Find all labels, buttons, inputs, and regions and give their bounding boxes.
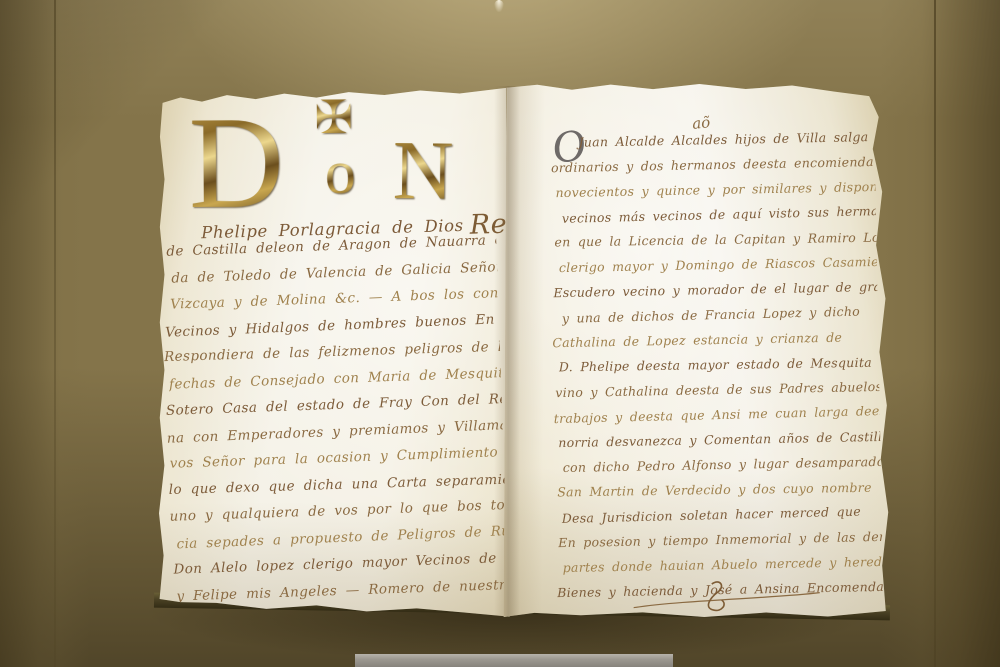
right-page-text-block: Juan Alcalde Alcaldes hijos de Villa sal… [548,129,883,610]
alcove-corner-right [934,0,936,667]
illuminated-letter-o: o [325,142,356,204]
spotlight-glow [494,0,504,12]
flourish-mark: aõ [691,113,711,133]
manuscript-line: en que la Licencia de la Capitan y Ramir… [554,230,876,260]
manuscript-right-page: O aõ Juan Alcalde Alcaldes hijos de Vill… [504,83,893,619]
illuminated-letter-d: D [188,96,284,229]
display-stand [355,654,673,667]
illuminated-letter-n: N [392,129,454,214]
manuscript-left-page: ✠ D o N Phelipe Porlagracia de DiosRey d… [148,87,510,619]
manuscript-line: D. Phelipe deesta mayor estado de Mesqui… [559,355,879,385]
cross-icon: ✠ [314,94,353,140]
book-gutter-shadow [494,86,520,616]
alcove-corner-left [54,0,56,667]
rubric-flourish-icon [624,578,824,619]
left-page-text-block: de Castilla deleon de Aragon de Nauarra … [160,232,509,615]
